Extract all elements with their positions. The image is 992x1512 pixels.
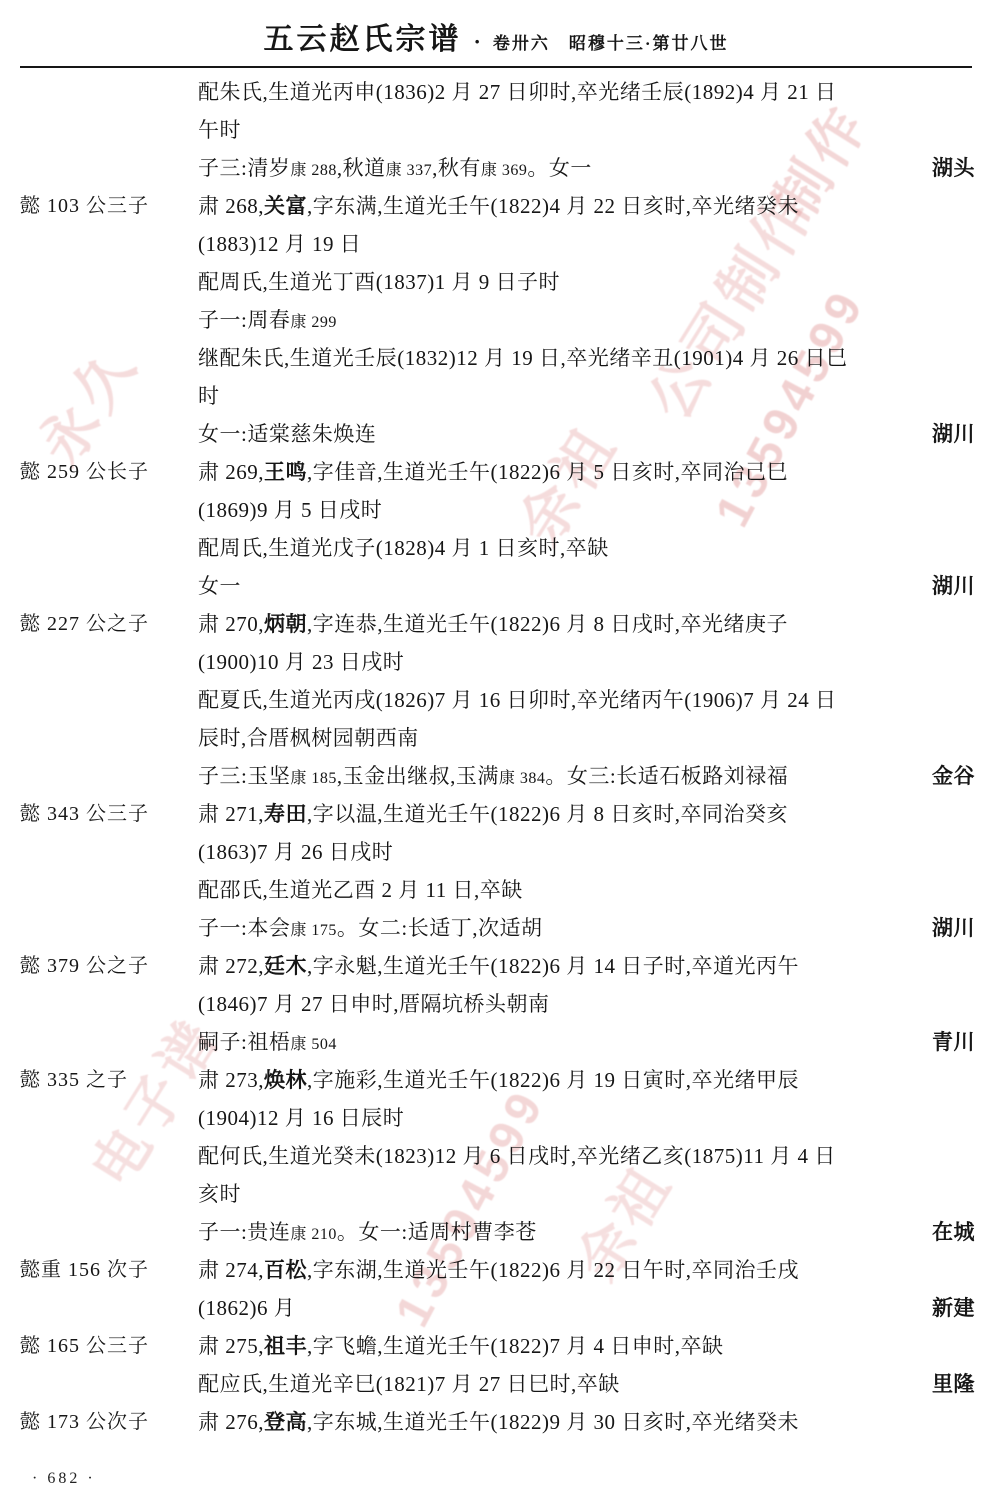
entry-line: (1869)9 月 5 日戌时 <box>198 491 975 529</box>
page-header: 五云赵氏宗谱 · 卷卅六 昭穆十三·第廿八世 <box>0 0 992 68</box>
place-name: 在城 <box>920 1213 975 1251</box>
entry-segment: ,秋道 <box>337 156 386 180</box>
margin-label: 懿 343 公三子 <box>0 795 198 833</box>
margin-label <box>0 871 198 909</box>
margin-label <box>0 985 198 1023</box>
genealogy-row: 时 <box>0 377 992 415</box>
margin-label <box>0 1289 198 1327</box>
entry-text: 时 <box>198 377 220 415</box>
entry-line: (1862)6 月新建 <box>198 1289 975 1327</box>
entry-segment: 配何氏,生道光癸未(1823)12 月 6 日戌时,卒光绪乙亥(1875)11 … <box>198 1144 836 1168</box>
ref-number: 康 288 <box>290 162 337 179</box>
entry-segment: (1862)6 月 <box>198 1296 295 1320</box>
margin-label <box>0 225 198 263</box>
given-name: 炳朝 <box>264 612 307 636</box>
genealogy-row: (1863)7 月 26 日戌时 <box>0 833 992 871</box>
entry-text: 肃 275,祖丰,字飞蟾,生道光壬午(1822)7 月 4 日申时,卒缺 <box>198 1327 724 1365</box>
entry-line: 肃 271,寿田,字以温,生道光壬午(1822)6 月 8 日亥时,卒同治癸亥 <box>198 795 975 833</box>
place-name: 湖头 <box>920 149 975 187</box>
entry-segment: (1900)10 月 23 日戌时 <box>198 650 404 674</box>
margin-label <box>0 1137 198 1175</box>
entry-segment: ,字佳音,生道光壬午(1822)6 月 5 日亥时,卒同治己巳 <box>307 460 788 484</box>
entry-segment: (1846)7 月 27 日申时,厝隔坑桥头朝南 <box>198 992 550 1016</box>
entry-line: 肃 273,焕林,字施彩,生道光壬午(1822)6 月 19 日寅时,卒光绪甲辰 <box>198 1061 975 1099</box>
genealogy-row: 配何氏,生道光癸未(1823)12 月 6 日戌时,卒光绪乙亥(1875)11 … <box>0 1137 992 1175</box>
margin-label <box>0 643 198 681</box>
genealogy-row: 配周氏,生道光戊子(1828)4 月 1 日亥时,卒缺 <box>0 529 992 567</box>
ref-number: 康 210 <box>290 1226 337 1243</box>
entry-text: 肃 274,百松,字东湖,生道光壬午(1822)6 月 22 日午时,卒同治壬戌 <box>198 1251 799 1289</box>
genealogy-row: 子一:贵连康 210。女一:适周村曹李苍在城 <box>0 1213 992 1251</box>
entry-segment: 。女二:长适丁,次适胡 <box>337 916 543 940</box>
page-number: · 682 · <box>32 1470 96 1488</box>
margin-label <box>0 719 198 757</box>
genealogy-row: 懿 343 公三子肃 271,寿田,字以温,生道光壬午(1822)6 月 8 日… <box>0 795 992 833</box>
genealogy-row: 女一湖川 <box>0 567 992 605</box>
entry-line: (1846)7 月 27 日申时,厝隔坑桥头朝南 <box>198 985 975 1023</box>
genealogy-row: 配周氏,生道光丁酉(1837)1 月 9 日子时 <box>0 263 992 301</box>
entry-text: (1869)9 月 5 日戌时 <box>198 491 382 529</box>
entry-line: 时 <box>198 377 975 415</box>
entry-segment: 肃 274, <box>198 1258 264 1282</box>
entry-text: 子一:本会康 175。女二:长适丁,次适胡 <box>198 909 542 947</box>
ref-number: 康 337 <box>386 162 433 179</box>
margin-label <box>0 833 198 871</box>
genealogy-row: 午时 <box>0 111 992 149</box>
given-name: 焕林 <box>264 1068 307 1092</box>
entry-line: (1863)7 月 26 日戌时 <box>198 833 975 871</box>
entry-text: 配应氏,生道光辛巳(1821)7 月 27 日巳时,卒缺 <box>198 1365 620 1403</box>
genealogy-row: 懿 165 公三子肃 275,祖丰,字飞蟾,生道光壬午(1822)7 月 4 日… <box>0 1327 992 1365</box>
page-content: 五云赵氏宗谱 · 卷卅六 昭穆十三·第廿八世 配朱氏,生道光丙申(1836)2 … <box>0 0 992 1441</box>
genealogy-row: 懿 103 公三子肃 268,关富,字东满,生道光壬午(1822)4 月 22 … <box>0 187 992 225</box>
place-name: 金谷 <box>920 757 975 795</box>
entry-line: 继配朱氏,生道光壬辰(1832)12 月 19 日,卒光绪辛丑(1901)4 月… <box>198 339 975 377</box>
entry-text: (1862)6 月 <box>198 1289 295 1327</box>
entry-segment: 肃 271, <box>198 802 264 826</box>
margin-label <box>0 529 198 567</box>
given-name: 百松 <box>264 1258 307 1282</box>
entry-segment: 配应氏,生道光辛巳(1821)7 月 27 日巳时,卒缺 <box>198 1372 620 1396</box>
margin-label <box>0 681 198 719</box>
entry-segment: 。女三:长适石板路刘禄福 <box>545 764 788 788</box>
entry-text: 配周氏,生道光丁酉(1837)1 月 9 日子时 <box>198 263 560 301</box>
entry-line: 辰时,合厝枫树园朝西南 <box>198 719 975 757</box>
entry-text: 肃 271,寿田,字以温,生道光壬午(1822)6 月 8 日亥时,卒同治癸亥 <box>198 795 788 833</box>
entry-line: (1883)12 月 19 日 <box>198 225 975 263</box>
genealogy-row: 懿 259 公长子肃 269,王鸣,字佳音,生道光壬午(1822)6 月 5 日… <box>0 453 992 491</box>
entry-text: 肃 273,焕林,字施彩,生道光壬午(1822)6 月 19 日寅时,卒光绪甲辰 <box>198 1061 799 1099</box>
margin-label <box>0 567 198 605</box>
margin-label: 懿 103 公三子 <box>0 187 198 225</box>
entry-text: (1904)12 月 16 日辰时 <box>198 1099 404 1137</box>
genealogy-row: 辰时,合厝枫树园朝西南 <box>0 719 992 757</box>
entry-text: 嗣子:祖梧康 504 <box>198 1023 337 1061</box>
margin-label <box>0 1365 198 1403</box>
entry-line: (1904)12 月 16 日辰时 <box>198 1099 975 1137</box>
genealogy-row: 子三:清岁康 288,秋道康 337,秋有康 369。女一湖头 <box>0 149 992 187</box>
entry-line: 嗣子:祖梧康 504青川 <box>198 1023 975 1061</box>
genealogy-row: 懿 379 公之子肃 272,廷木,字永魁,生道光壬午(1822)6 月 14 … <box>0 947 992 985</box>
entry-segment: 肃 275, <box>198 1334 264 1358</box>
margin-label <box>0 339 198 377</box>
entry-line: 子三:清岁康 288,秋道康 337,秋有康 369。女一湖头 <box>198 149 975 187</box>
entry-text: (1846)7 月 27 日申时,厝隔坑桥头朝南 <box>198 985 550 1023</box>
genealogy-row: 子一:本会康 175。女二:长适丁,次适胡湖川 <box>0 909 992 947</box>
entry-line: 子三:玉坚康 185,玉金出继叔,玉满康 384。女三:长适石板路刘禄福金谷 <box>198 757 975 795</box>
entry-line: 肃 272,廷木,字永魁,生道光壬午(1822)6 月 14 日子时,卒道光丙午 <box>198 947 975 985</box>
genealogy-row: 女一:适棠慈朱焕连湖川 <box>0 415 992 453</box>
given-name: 寿田 <box>264 802 307 826</box>
margin-label <box>0 301 198 339</box>
margin-label <box>0 149 198 187</box>
entry-line: 配夏氏,生道光丙戌(1826)7 月 16 日卯时,卒光绪丙午(1906)7 月… <box>198 681 975 719</box>
place-name: 里隆 <box>920 1365 975 1403</box>
genealogy-row: 子一:周春康 299 <box>0 301 992 339</box>
given-name: 登高 <box>264 1410 307 1434</box>
genealogy-row: (1862)6 月新建 <box>0 1289 992 1327</box>
entry-text: 子三:玉坚康 185,玉金出继叔,玉满康 384。女三:长适石板路刘禄福 <box>198 757 788 795</box>
entry-segment: 子三:玉坚 <box>198 764 290 788</box>
place-name: 湖川 <box>920 567 975 605</box>
entry-line: 女一湖川 <box>198 567 975 605</box>
given-name: 廷木 <box>264 954 307 978</box>
entry-text: 配邵氏,生道光乙酉 2 月 11 日,卒缺 <box>198 871 523 909</box>
entry-line: 配邵氏,生道光乙酉 2 月 11 日,卒缺 <box>198 871 975 909</box>
entry-segment: 。女一 <box>527 156 592 180</box>
entry-segment: ,字施彩,生道光壬午(1822)6 月 19 日寅时,卒光绪甲辰 <box>307 1068 799 1092</box>
entry-segment: 。女一:适周村曹李苍 <box>337 1220 537 1244</box>
entry-text: 配周氏,生道光戊子(1828)4 月 1 日亥时,卒缺 <box>198 529 609 567</box>
margin-label <box>0 73 198 111</box>
margin-label <box>0 757 198 795</box>
genealogy-row: 懿 173 公次子肃 276,登高,字东城,生道光壬午(1822)9 月 30 … <box>0 1403 992 1441</box>
margin-label: 懿 227 公之子 <box>0 605 198 643</box>
entry-line: (1900)10 月 23 日戌时 <box>198 643 975 681</box>
entry-segment: 女一 <box>198 574 241 598</box>
entry-segment: ,字东满,生道光壬午(1822)4 月 22 日亥时,卒光绪癸未 <box>307 194 799 218</box>
header-line: 五云赵氏宗谱 · 卷卅六 昭穆十三·第廿八世 <box>263 14 728 58</box>
entry-segment: 肃 269, <box>198 460 264 484</box>
genealogy-row: (1904)12 月 16 日辰时 <box>0 1099 992 1137</box>
entry-segment: 肃 276, <box>198 1410 264 1434</box>
place-name: 新建 <box>920 1289 975 1327</box>
genealogy-row: 懿 335 之子肃 273,焕林,字施彩,生道光壬午(1822)6 月 19 日… <box>0 1061 992 1099</box>
entry-segment: 肃 270, <box>198 612 264 636</box>
entry-text: 配夏氏,生道光丙戌(1826)7 月 16 日卯时,卒光绪丙午(1906)7 月… <box>198 681 836 719</box>
margin-label <box>0 1175 198 1213</box>
given-name: 祖丰 <box>264 1334 307 1358</box>
margin-label: 懿 173 公次子 <box>0 1403 198 1441</box>
margin-label <box>0 377 198 415</box>
genealogy-row: 懿 227 公之子肃 270,炳朝,字连恭,生道光壬午(1822)6 月 8 日… <box>0 605 992 643</box>
entry-line: 配朱氏,生道光丙申(1836)2 月 27 日卯时,卒光绪壬辰(1892)4 月… <box>198 73 975 111</box>
entry-text: 肃 268,关富,字东满,生道光壬午(1822)4 月 22 日亥时,卒光绪癸未 <box>198 187 799 225</box>
genealogy-row: 配邵氏,生道光乙酉 2 月 11 日,卒缺 <box>0 871 992 909</box>
genealogy-row: 嗣子:祖梧康 504青川 <box>0 1023 992 1061</box>
entry-segment: ,字永魁,生道光壬午(1822)6 月 14 日子时,卒道光丙午 <box>307 954 799 978</box>
genealogy-row: (1883)12 月 19 日 <box>0 225 992 263</box>
entry-segment: 配夏氏,生道光丙戌(1826)7 月 16 日卯时,卒光绪丙午(1906)7 月… <box>198 688 836 712</box>
entry-segment: (1869)9 月 5 日戌时 <box>198 498 382 522</box>
entry-segment: 子一:贵连 <box>198 1220 290 1244</box>
margin-label: 懿重 156 次子 <box>0 1251 198 1289</box>
entry-line: 肃 268,关富,字东满,生道光壬午(1822)4 月 22 日亥时,卒光绪癸未 <box>198 187 975 225</box>
genealogy-page: 制作公司制作13594599余祖永久电子谱余祖13594599 五云赵氏宗谱 ·… <box>0 0 992 1512</box>
entry-text: 肃 276,登高,字东城,生道光壬午(1822)9 月 30 日亥时,卒光绪癸未 <box>198 1403 799 1441</box>
entry-segment: 配朱氏,生道光丙申(1836)2 月 27 日卯时,卒光绪壬辰(1892)4 月… <box>198 80 836 104</box>
entry-text: 配朱氏,生道光丙申(1836)2 月 27 日卯时,卒光绪壬辰(1892)4 月… <box>198 73 836 111</box>
entry-segment: 继配朱氏,生道光壬辰(1832)12 月 19 日,卒光绪辛丑(1901)4 月… <box>198 346 847 370</box>
margin-label <box>0 491 198 529</box>
entry-line: 配周氏,生道光丁酉(1837)1 月 9 日子时 <box>198 263 975 301</box>
entry-text: 女一:适棠慈朱焕连 <box>198 415 376 453</box>
entry-text: 女一 <box>198 567 241 605</box>
entry-line: 亥时 <box>198 1175 975 1213</box>
ref-number: 康 504 <box>290 1036 337 1053</box>
entry-text: 肃 272,廷木,字永魁,生道光壬午(1822)6 月 14 日子时,卒道光丙午 <box>198 947 799 985</box>
entry-segment: 肃 273, <box>198 1068 264 1092</box>
genealogy-row: 亥时 <box>0 1175 992 1213</box>
entry-segment: 肃 272, <box>198 954 264 978</box>
entry-segment: 配周氏,生道光丁酉(1837)1 月 9 日子时 <box>198 270 560 294</box>
entry-segment: (1904)12 月 16 日辰时 <box>198 1106 404 1130</box>
genealogy-row: (1900)10 月 23 日戌时 <box>0 643 992 681</box>
margin-label: 懿 335 之子 <box>0 1061 198 1099</box>
entry-text: 配何氏,生道光癸未(1823)12 月 6 日戌时,卒光绪乙亥(1875)11 … <box>198 1137 836 1175</box>
entry-text: 子三:清岁康 288,秋道康 337,秋有康 369。女一 <box>198 149 592 187</box>
entry-segment: ,玉金出继叔,玉满 <box>337 764 499 788</box>
entry-text: (1883)12 月 19 日 <box>198 225 361 263</box>
volume-subtitle: 卷卅六 昭穆十三·第廿八世 <box>493 29 729 54</box>
given-name: 关富 <box>264 194 307 218</box>
entry-text: 子一:贵连康 210。女一:适周村曹李苍 <box>198 1213 537 1251</box>
genealogy-row: (1846)7 月 27 日申时,厝隔坑桥头朝南 <box>0 985 992 1023</box>
entry-segment: 女一:适棠慈朱焕连 <box>198 422 376 446</box>
ref-number: 康 175 <box>290 922 337 939</box>
place-name: 湖川 <box>920 415 975 453</box>
entry-segment: ,字以温,生道光壬午(1822)6 月 8 日亥时,卒同治癸亥 <box>307 802 788 826</box>
genealogy-rows: 配朱氏,生道光丙申(1836)2 月 27 日卯时,卒光绪壬辰(1892)4 月… <box>0 73 992 1441</box>
entry-line: 午时 <box>198 111 975 149</box>
entry-segment: 辰时,合厝枫树园朝西南 <box>198 726 419 750</box>
entry-line: 肃 276,登高,字东城,生道光壬午(1822)9 月 30 日亥时,卒光绪癸未 <box>198 1403 975 1441</box>
entry-text: 肃 270,炳朝,字连恭,生道光壬午(1822)6 月 8 日戌时,卒光绪庚子 <box>198 605 788 643</box>
genealogy-row: 配夏氏,生道光丙戌(1826)7 月 16 日卯时,卒光绪丙午(1906)7 月… <box>0 681 992 719</box>
entry-line: 子一:贵连康 210。女一:适周村曹李苍在城 <box>198 1213 975 1251</box>
entry-line: 肃 269,王鸣,字佳音,生道光壬午(1822)6 月 5 日亥时,卒同治己巳 <box>198 453 975 491</box>
entry-segment: 子三:清岁 <box>198 156 290 180</box>
entry-line: 肃 274,百松,字东湖,生道光壬午(1822)6 月 22 日午时,卒同治壬戌 <box>198 1251 975 1289</box>
entry-line: 肃 275,祖丰,字飞蟾,生道光壬午(1822)7 月 4 日申时,卒缺 <box>198 1327 975 1365</box>
entry-segment: 配邵氏,生道光乙酉 2 月 11 日,卒缺 <box>198 878 523 902</box>
entry-line: 配周氏,生道光戊子(1828)4 月 1 日亥时,卒缺 <box>198 529 975 567</box>
entry-segment: 配周氏,生道光戊子(1828)4 月 1 日亥时,卒缺 <box>198 536 609 560</box>
entry-segment: 子一:本会 <box>198 916 290 940</box>
entry-line: 子一:周春康 299 <box>198 301 975 339</box>
entry-text: 辰时,合厝枫树园朝西南 <box>198 719 419 757</box>
genealogy-row: 懿重 156 次子肃 274,百松,字东湖,生道光壬午(1822)6 月 22 … <box>0 1251 992 1289</box>
entry-line: 女一:适棠慈朱焕连湖川 <box>198 415 975 453</box>
entry-line: 配何氏,生道光癸未(1823)12 月 6 日戌时,卒光绪乙亥(1875)11 … <box>198 1137 975 1175</box>
entry-text: 继配朱氏,生道光壬辰(1832)12 月 19 日,卒光绪辛丑(1901)4 月… <box>198 339 847 377</box>
entry-segment: ,字连恭,生道光壬午(1822)6 月 8 日戌时,卒光绪庚子 <box>307 612 788 636</box>
ref-number: 康 299 <box>290 314 337 331</box>
margin-label: 懿 379 公之子 <box>0 947 198 985</box>
entry-segment: 午时 <box>198 118 241 142</box>
entry-text: 午时 <box>198 111 241 149</box>
header-rule <box>20 66 972 68</box>
place-name: 湖川 <box>920 909 975 947</box>
ref-number: 康 185 <box>290 770 337 787</box>
margin-label <box>0 111 198 149</box>
entry-segment: 肃 268, <box>198 194 264 218</box>
book-title: 五云赵氏宗谱 <box>263 14 461 58</box>
entry-segment: 子一:周春 <box>198 308 290 332</box>
genealogy-row: 继配朱氏,生道光壬辰(1832)12 月 19 日,卒光绪辛丑(1901)4 月… <box>0 339 992 377</box>
place-name: 青川 <box>920 1023 975 1061</box>
entry-segment: (1883)12 月 19 日 <box>198 232 361 256</box>
genealogy-row: 配朱氏,生道光丙申(1836)2 月 27 日卯时,卒光绪壬辰(1892)4 月… <box>0 73 992 111</box>
margin-label <box>0 263 198 301</box>
entry-line: 肃 270,炳朝,字连恭,生道光壬午(1822)6 月 8 日戌时,卒光绪庚子 <box>198 605 975 643</box>
title-separator-dot: · <box>473 29 480 55</box>
entry-text: (1900)10 月 23 日戌时 <box>198 643 404 681</box>
entry-segment: 时 <box>198 384 220 408</box>
entry-line: 子一:本会康 175。女二:长适丁,次适胡湖川 <box>198 909 975 947</box>
genealogy-row: 配应氏,生道光辛巳(1821)7 月 27 日巳时,卒缺里隆 <box>0 1365 992 1403</box>
margin-label: 懿 165 公三子 <box>0 1327 198 1365</box>
margin-label <box>0 415 198 453</box>
genealogy-row: 子三:玉坚康 185,玉金出继叔,玉满康 384。女三:长适石板路刘禄福金谷 <box>0 757 992 795</box>
entry-segment: ,字东城,生道光壬午(1822)9 月 30 日亥时,卒光绪癸未 <box>307 1410 799 1434</box>
entry-segment: 亥时 <box>198 1182 241 1206</box>
margin-label <box>0 1099 198 1137</box>
margin-label <box>0 909 198 947</box>
entry-text: 肃 269,王鸣,字佳音,生道光壬午(1822)6 月 5 日亥时,卒同治己巳 <box>198 453 788 491</box>
margin-label: 懿 259 公长子 <box>0 453 198 491</box>
margin-label <box>0 1023 198 1061</box>
ref-number: 康 384 <box>499 770 546 787</box>
ref-number: 康 369 <box>481 162 528 179</box>
entry-segment: ,字东湖,生道光壬午(1822)6 月 22 日午时,卒同治壬戌 <box>307 1258 799 1282</box>
entry-segment: 嗣子:祖梧 <box>198 1030 290 1054</box>
entry-segment: (1863)7 月 26 日戌时 <box>198 840 393 864</box>
genealogy-row: (1869)9 月 5 日戌时 <box>0 491 992 529</box>
entry-segment: ,字飞蟾,生道光壬午(1822)7 月 4 日申时,卒缺 <box>307 1334 724 1358</box>
entry-segment: ,秋有 <box>432 156 481 180</box>
given-name: 王鸣 <box>264 460 307 484</box>
margin-label <box>0 1213 198 1251</box>
entry-text: 亥时 <box>198 1175 241 1213</box>
entry-text: (1863)7 月 26 日戌时 <box>198 833 393 871</box>
entry-line: 配应氏,生道光辛巳(1821)7 月 27 日巳时,卒缺里隆 <box>198 1365 975 1403</box>
entry-text: 子一:周春康 299 <box>198 301 337 339</box>
